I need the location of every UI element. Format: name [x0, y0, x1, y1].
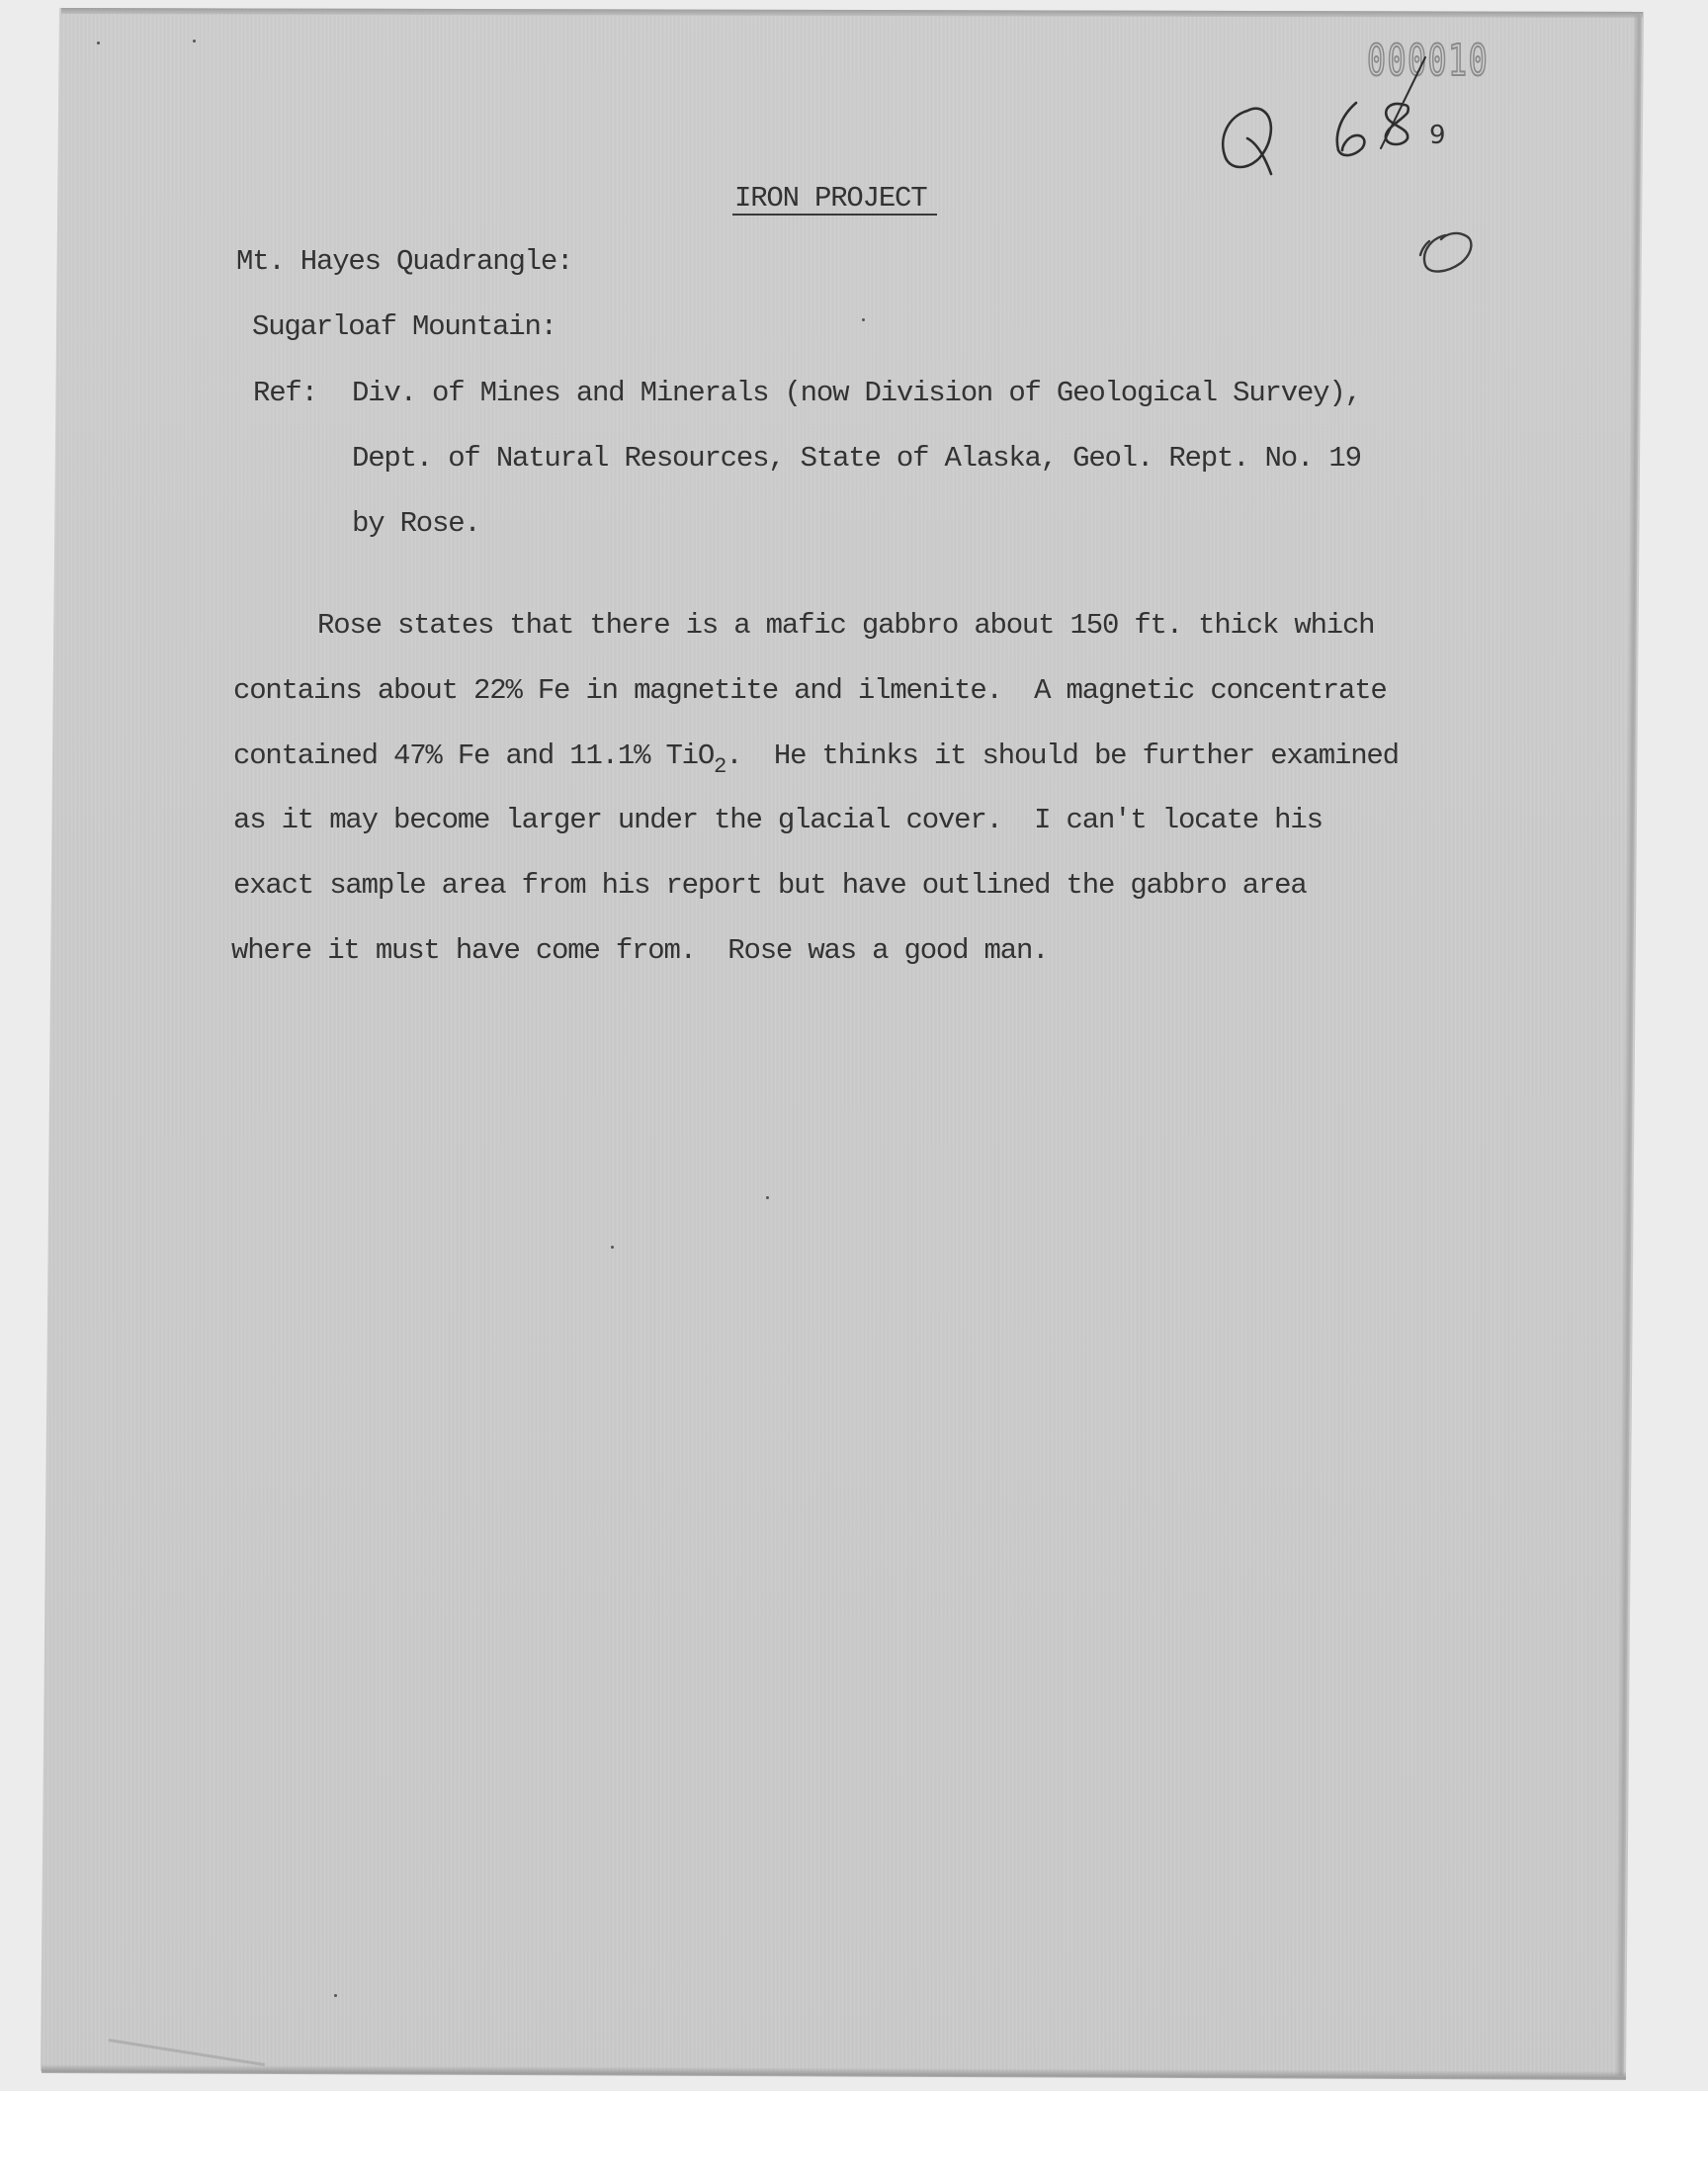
document-stamp-number: 000010 [1367, 40, 1489, 83]
reference-label: Ref: [253, 379, 317, 407]
body-line: contains about 22% Fe in magnetite and i… [233, 676, 1387, 705]
quadrangle-heading: Mt. Hayes Quadrangle: [236, 247, 572, 276]
location-heading: Sugarloaf Mountain: [252, 312, 556, 341]
subscript: 2 [714, 754, 726, 779]
paper-speck [862, 318, 865, 321]
body-text: contained 47% Fe and 11.1% TiO [233, 739, 714, 772]
body-line: Rose states that there is a mafic gabbro… [317, 611, 1374, 640]
body-line: where it must have come from. Rose was a… [231, 936, 1048, 965]
body-text: . He thinks it should be further examine… [726, 739, 1399, 772]
body-line: as it may become larger under the glacia… [233, 806, 1323, 834]
title-underline [732, 214, 937, 216]
paper-speck [97, 42, 100, 44]
reference-line: by Rose. [352, 509, 480, 538]
annotation-suffix: 9 [1429, 123, 1446, 148]
paper-speck [611, 1246, 614, 1249]
paper-speck [334, 1994, 337, 1997]
paper-speck [766, 1196, 769, 1199]
page-title: IRON PROJECT [734, 184, 926, 213]
document-page: 000010 9 IRON PROJECT Mt. Hayes Quadrang… [0, 0, 1708, 2091]
reference-line: Dept. of Natural Resources, State of Ala… [352, 444, 1361, 473]
reference-line: Div. of Mines and Minerals (now Division… [352, 379, 1361, 407]
body-line-with-subscript: contained 47% Fe and 11.1% TiO2. He thin… [233, 741, 1399, 770]
paper-speck [193, 40, 196, 43]
body-line: exact sample area from his report but ha… [233, 871, 1307, 900]
